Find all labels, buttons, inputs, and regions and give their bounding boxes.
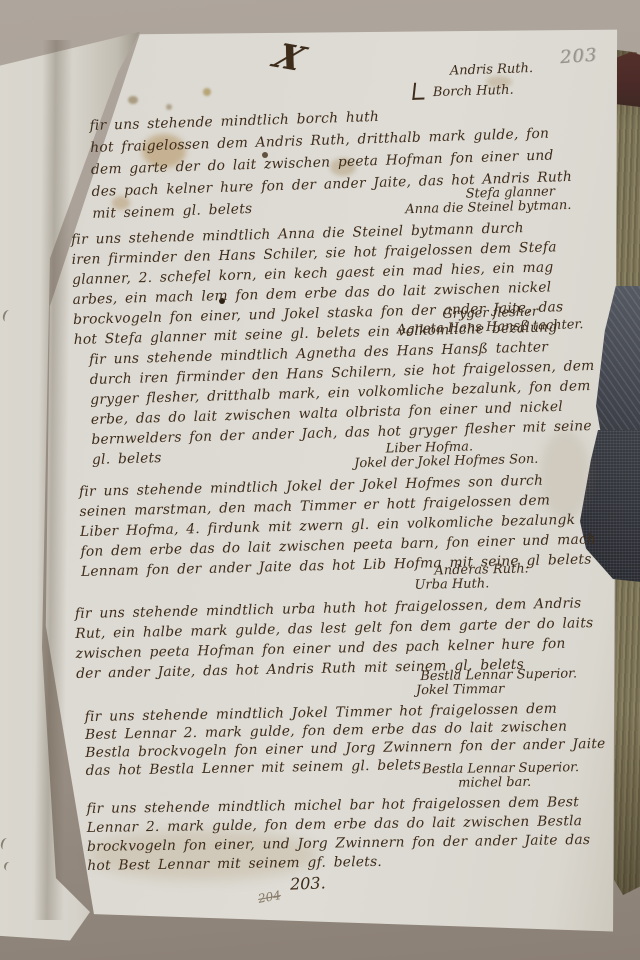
- book-cover-edge: [617, 52, 640, 107]
- page-footer: 204 203.: [256, 872, 396, 912]
- manuscript-paragraph: Liber Hofma.Jokel der Jokel Hofmes Son.f…: [78, 438, 586, 582]
- struck-page-number: 204: [257, 888, 282, 906]
- paragraph-body: fir uns stehende mindtlich michel bar ho…: [86, 793, 592, 876]
- insertion-mark-icon: [412, 82, 426, 99]
- manuscript-paragraph: Anderas Ruth:Urba Huth.fir uns stehende …: [74, 561, 581, 684]
- manuscript-photo: X 203 Andris Ruth.Borch Huth.fir uns ste…: [0, 0, 640, 960]
- page-number-ink: 203.: [290, 873, 326, 893]
- paragraph-headers: Bestla Lennar Superior.michel bar.: [86, 761, 591, 796]
- manuscript-paragraph: Bestla Lennar Superior.michel bar.fir un…: [86, 761, 592, 876]
